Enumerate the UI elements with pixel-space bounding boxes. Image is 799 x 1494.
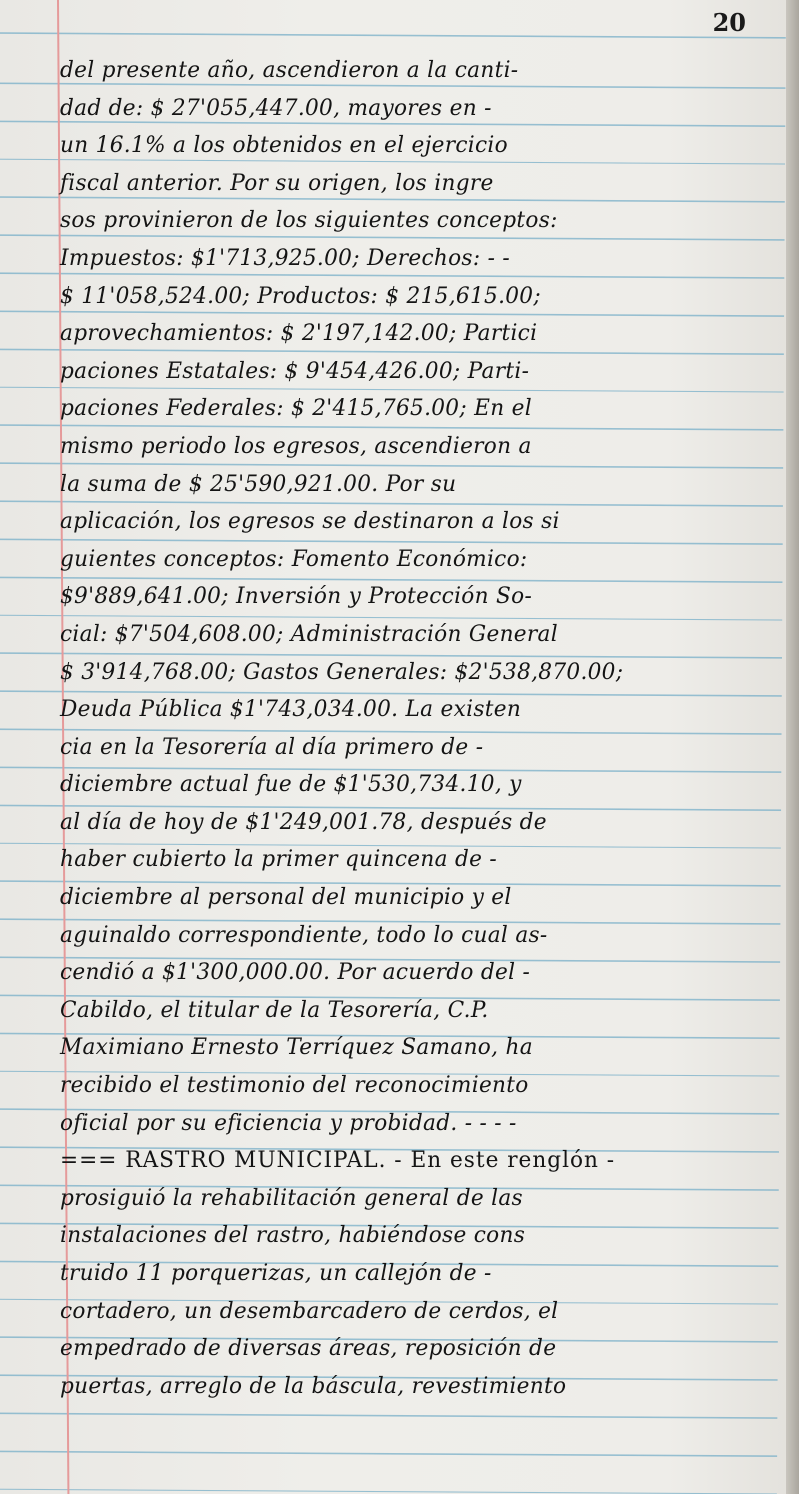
text-line: puertas, arreglo de la báscula, revestim… bbox=[60, 1368, 778, 1406]
text-line: del presente año, ascendieron a la canti… bbox=[60, 52, 778, 90]
text-line: mismo periodo los egresos, ascendieron a bbox=[60, 428, 778, 466]
text-line: dad de: $ 27'055,447.00, mayores en - bbox=[60, 90, 778, 128]
text-line: $ 3'914,768.00; Gastos Generales: $2'538… bbox=[60, 654, 778, 692]
text-line: === RASTRO MUNICIPAL. - En este renglón … bbox=[60, 1142, 778, 1180]
text-line: aprovechamientos: $ 2'197,142.00; Partic… bbox=[60, 315, 778, 353]
page-number: 20 bbox=[713, 8, 746, 37]
text-line: Deuda Pública $1'743,034.00. La existen bbox=[60, 691, 778, 729]
text-line: cendió a $1'300,000.00. Por acuerdo del … bbox=[60, 954, 778, 992]
text-line: empedrado de diversas áreas, reposición … bbox=[60, 1330, 778, 1368]
text-line: aguinaldo correspondiente, todo lo cual … bbox=[60, 917, 778, 955]
text-line: aplicación, los egresos se destinaron a … bbox=[60, 503, 778, 541]
text-line: fiscal anterior. Por su origen, los ingr… bbox=[60, 165, 778, 203]
text-line: instalaciones del rastro, habiéndose con… bbox=[60, 1217, 778, 1255]
text-line: Cabildo, el titular de la Tesorería, C.P… bbox=[60, 992, 778, 1030]
text-line: paciones Federales: $ 2'415,765.00; En e… bbox=[60, 390, 778, 428]
text-line: truido 11 porquerizas, un callejón de - bbox=[60, 1255, 778, 1293]
text-line: oficial por su eficiencia y probidad. - … bbox=[60, 1105, 778, 1143]
ledger-page: 20 del presente año, ascendieron a la ca… bbox=[0, 0, 786, 1494]
text-line: sos provinieron de los siguientes concep… bbox=[60, 202, 778, 240]
text-line: cortadero, un desembarcadero de cerdos, … bbox=[60, 1293, 778, 1331]
text-line: recibido el testimonio del reconocimient… bbox=[60, 1067, 778, 1105]
text-line: cial: $7'504,608.00; Administración Gene… bbox=[60, 616, 778, 654]
text-line: paciones Estatales: $ 9'454,426.00; Part… bbox=[60, 353, 778, 391]
text-line: $9'889,641.00; Inversión y Protección So… bbox=[60, 578, 778, 616]
text-line: $ 11'058,524.00; Productos: $ 215,615.00… bbox=[60, 278, 778, 316]
text-line: Maximiano Ernesto Terríquez Samano, ha bbox=[60, 1029, 778, 1067]
text-line: diciembre al personal del municipio y el bbox=[60, 879, 778, 917]
text-line: la suma de $ 25'590,921.00. Por su bbox=[60, 466, 778, 504]
text-line: haber cubierto la primer quincena de - bbox=[60, 841, 778, 879]
text-line: cia en la Tesorería al día primero de - bbox=[60, 729, 778, 767]
text-line: Impuestos: $1'713,925.00; Derechos: - - bbox=[60, 240, 778, 278]
text-line: guientes conceptos: Fomento Económico: bbox=[60, 541, 778, 579]
text-line: un 16.1% a los obtenidos en el ejercicio bbox=[60, 127, 778, 165]
handwritten-text: del presente año, ascendieron a la canti… bbox=[60, 52, 786, 1405]
text-line: prosiguió la rehabilitación general de l… bbox=[60, 1180, 778, 1218]
text-line: al día de hoy de $1'249,001.78, después … bbox=[60, 804, 778, 842]
page-edge bbox=[786, 0, 799, 1494]
text-line: diciembre actual fue de $1'530,734.10, y bbox=[60, 766, 778, 804]
